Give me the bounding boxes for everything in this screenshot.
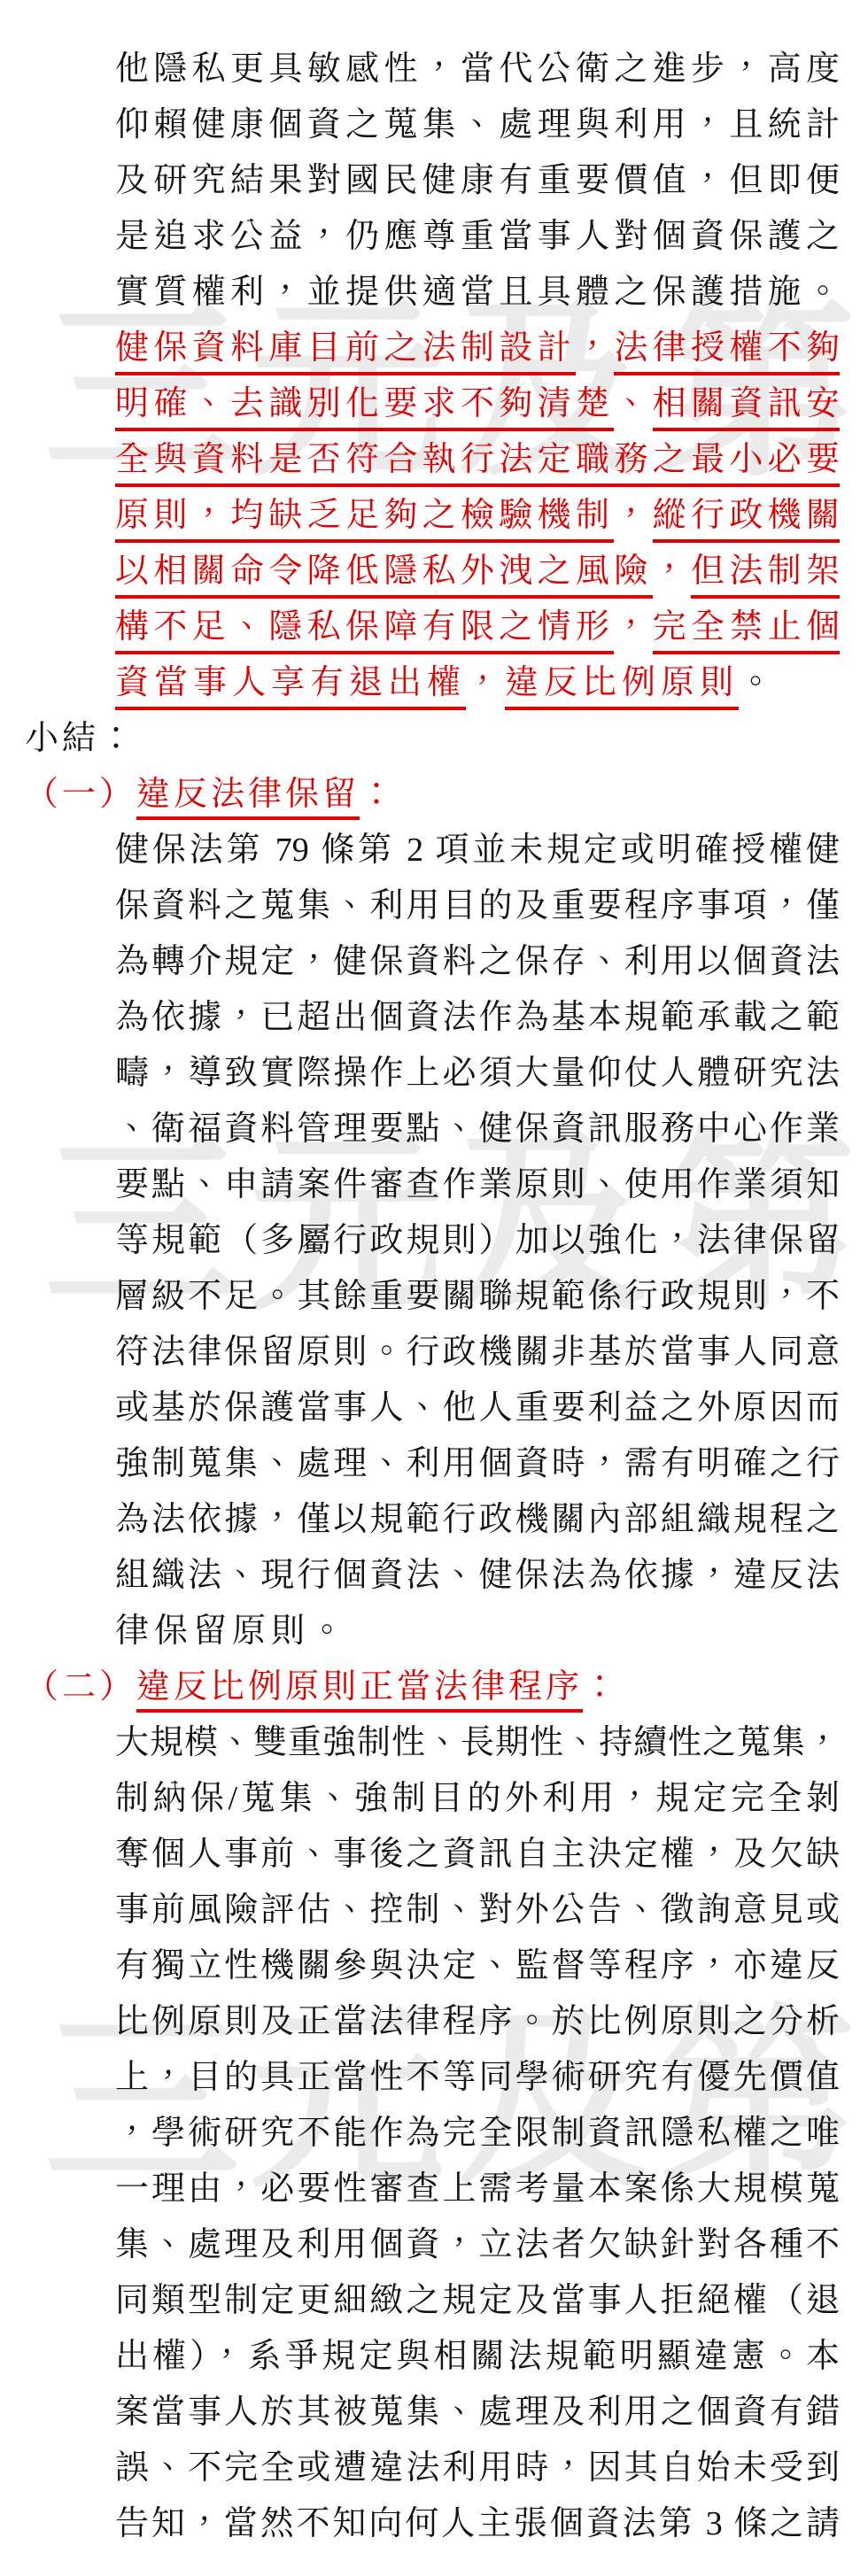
underlined-text: 以相關命令降低隱私外洩之風險 — [115, 553, 653, 599]
paragraph-line: 集、處理及利用個資，立法者欠缺針對各種不 — [115, 2217, 840, 2273]
underlined-text: 違反比例原則 — [505, 664, 739, 710]
section-number: （二） — [25, 1668, 136, 1706]
paragraph-line: 仰賴健康個資之蒐集、處理與利用，且統計 — [115, 97, 840, 153]
section-title: 違反比例原則正當法律程序 — [136, 1668, 583, 1713]
summary-label: 小結： — [25, 711, 868, 767]
paragraph-line: 及研究結果對國民健康有重要價值，但即便 — [115, 153, 840, 209]
document-page: 三元及第三元及第三元及第 他隱私更具敏感性，當代公衛之進步，高度仰賴健康個資之蒐… — [0, 0, 868, 2576]
paragraph-line: 案當事人於其被蒐集、處理及利用之個資有錯 — [115, 2385, 840, 2441]
underlined-text: 縱行政機關 — [653, 497, 840, 543]
paragraph-line: 為法依據，僅以規範行政機關內部組織規程之 — [115, 1492, 840, 1548]
paragraph-line: 誤、不完全或遭違法利用時，因其自始未受到 — [115, 2441, 840, 2496]
paragraph-line: 實質權利，並提供適當且具體之保護措施。 — [115, 265, 840, 321]
highlighted-line: 資當事人享有退出權，違反比例原則。 — [115, 655, 840, 711]
document-content: 他隱私更具敏感性，當代公衛之進步，高度仰賴健康個資之蒐集、處理與利用，且統計及研… — [0, 0, 868, 2552]
paragraph-line: 出權），系爭規定與相關法規範明顯違憲。本 — [115, 2329, 840, 2385]
highlighted-line: 全與資料是否符合執行法定職務之最小必要 — [115, 432, 840, 488]
plain-text: ， — [614, 497, 652, 534]
paragraph-line: 或基於保護當事人、他人重要利益之外原因而 — [115, 1381, 840, 1436]
paragraph-line: 有獨立性機關參與決定、監督等程序，亦違反 — [115, 1938, 840, 1994]
plain-text: ， — [576, 329, 614, 367]
underlined-text: 但法制架 — [691, 553, 840, 599]
paragraph-line: 層級不足。其餘重要關聯規範係行政規則，不 — [115, 1269, 840, 1325]
section-heading-2: （二）違反比例原則正當法律程序： — [25, 1659, 868, 1715]
plain-text: ， — [614, 608, 652, 646]
paragraph-line: 他隱私更具敏感性，當代公衛之進步，高度 — [115, 42, 840, 97]
underlined-text: 構不足、隱私保障有限之情形 — [115, 608, 614, 654]
paragraph-line: 要點、申請案件審查作業原則、使用作業須知 — [115, 1157, 840, 1213]
plain-text: ， — [653, 553, 691, 590]
highlighted-line: 明確、去識別化要求不夠清楚、相關資訊安 — [115, 376, 840, 432]
paragraph-line: 奪個人事前、事後之資訊自主決定權，及欠缺 — [115, 1827, 840, 1883]
paragraph-line: ，學術研究不能作為完全限制資訊隱私權之唯 — [115, 2106, 840, 2162]
section-colon: ： — [360, 776, 397, 813]
underlined-text: 法律授權不夠 — [614, 329, 840, 375]
underlined-text: 全與資料是否符合執行法定職務之最小必要 — [115, 441, 840, 487]
paragraph-line: 同類型制定更細緻之規定及當事人拒絕權（退 — [115, 2273, 840, 2329]
sections-container: （一）違反法律保留：健保法第 79 條第 2 項並未規定或明確授權健保資料之蒐集… — [0, 767, 868, 2552]
paragraph-line: 疇，導致實際操作上必須大量仰仗人體研究法 — [115, 1046, 840, 1102]
paragraph-line: 大規模、雙重強制性、長期性、持續性之蒐集， — [115, 1715, 840, 1771]
section-number: （一） — [25, 776, 136, 813]
paragraph-line: 為依據，已超出個資法作為基本規範承載之範 — [115, 990, 840, 1046]
paragraph-line: 符法律保留原則。行政機關非基於當事人同意 — [115, 1325, 840, 1381]
paragraph-line: 保資料之蒐集、利用目的及重要程序事項，僅 — [115, 878, 840, 934]
highlighted-line: 健保資料庫目前之法制設計，法律授權不夠 — [115, 321, 840, 376]
section-heading-1: （一）違反法律保留： — [25, 767, 868, 823]
highlighted-line: 以相關命令降低隱私外洩之風險，但法制架 — [115, 544, 840, 600]
paragraph-line: 一理由，必要性審查上需考量本案係大規模蒐 — [115, 2162, 840, 2217]
paragraph-line: 組織法、現行個資法、健保法為依據，違反法 — [115, 1548, 840, 1604]
intro-paragraph: 他隱私更具敏感性，當代公衛之進步，高度仰賴健康個資之蒐集、處理與利用，且統計及研… — [0, 42, 868, 321]
highlighted-line: 構不足、隱私保障有限之情形，完全禁止個 — [115, 600, 840, 655]
paragraph-line: 為轉介規定，健保資料之保存、利用以個資法 — [115, 934, 840, 990]
underlined-text: 資當事人享有退出權 — [115, 664, 466, 710]
paragraph-line: 事前風險評估、控制、對外公告、徵詢意見或 — [115, 1883, 840, 1938]
paragraph-line: 制納保/蒐集、強制目的外利用，規定完全剝 — [115, 1771, 840, 1827]
paragraph-line: 強制蒐集、處理、利用個資時，需有明確之行 — [115, 1436, 840, 1492]
section-colon: ： — [583, 1668, 620, 1706]
section-title: 違反法律保留 — [136, 776, 360, 820]
paragraph-line: 告知，當然不知向何人主張個資法第 3 條之請 — [115, 2496, 840, 2552]
plain-text: 。 — [739, 664, 778, 701]
paragraph-line: 律保留原則。 — [115, 1604, 840, 1659]
highlighted-line: 原則，均缺乏足夠之檢驗機制，縱行政機關 — [115, 488, 840, 544]
highlighted-paragraph: 健保資料庫目前之法制設計，法律授權不夠明確、去識別化要求不夠清楚、相關資訊安全與… — [0, 321, 868, 711]
paragraph-line: 上，目的具正當性不等同學術研究有優先價值 — [115, 2050, 840, 2106]
underlined-text: 完全禁止個 — [653, 608, 840, 654]
paragraph-line: 、衛福資料管理要點、健保資訊服務中心作業 — [115, 1102, 840, 1157]
plain-text: 、 — [614, 385, 652, 422]
plain-text: ， — [466, 664, 505, 701]
paragraph-line: 等規範（多屬行政規則）加以強化，法律保留 — [115, 1213, 840, 1269]
underlined-text: 健保資料庫目前之法制設計 — [115, 329, 576, 375]
paragraph-line: 是追求公益，仍應尊重當事人對個資保護之 — [115, 209, 840, 265]
underlined-text: 相關資訊安 — [653, 385, 840, 431]
underlined-text: 明確、去識別化要求不夠清楚 — [115, 385, 614, 431]
paragraph-line: 健保法第 79 條第 2 項並未規定或明確授權健 — [115, 823, 840, 878]
paragraph-line: 比例原則及正當法律程序。於比例原則之分析 — [115, 1994, 840, 2050]
underlined-text: 原則，均缺乏足夠之檢驗機制 — [115, 497, 614, 543]
